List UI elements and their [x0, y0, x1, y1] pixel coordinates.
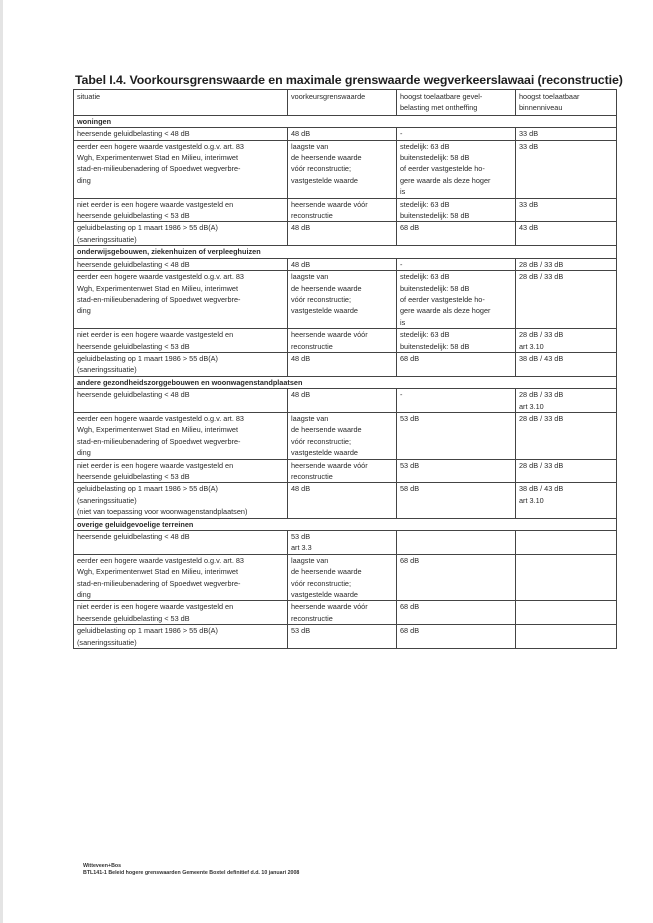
header-gevelbelasting: hoogst toelaatbare gevel-belasting met o…: [397, 90, 516, 116]
section-title: onderwijsgebouwen, ziekenhuizen of verpl…: [74, 246, 617, 258]
cell-line: of eerder vastgestelde ho-: [400, 294, 512, 305]
cell-voorkeursgrenswaarde: 48 dB: [288, 352, 397, 376]
section-header-row: woningen: [74, 115, 617, 127]
cell-line: reconstructie: [291, 613, 393, 624]
cell-voorkeursgrenswaarde: heersende waarde vóórreconstructie: [288, 601, 397, 625]
cell-gevelbelasting: stedelijk: 63 dBbuitenstedelijk: 58 dBof…: [397, 271, 516, 329]
cell-line: gere waarde als deze hoger: [400, 175, 512, 186]
cell-line: 68 dB: [400, 222, 512, 233]
cell-line: geluidbelasting op 1 maart 1986 > 55 dB(…: [77, 353, 284, 364]
cell-line: (saneringssituatie): [77, 234, 284, 245]
cell-voorkeursgrenswaarde: 48 dB: [288, 222, 397, 246]
cell-binnenniveau: 28 dB / 33 dB: [516, 271, 617, 329]
cell-gevelbelasting: 68 dB: [397, 222, 516, 246]
cell-line: buitenstedelijk: 58 dB: [400, 341, 512, 352]
cell-line: belasting met ontheffing: [400, 102, 512, 113]
cell-line: art 3.10: [519, 495, 613, 506]
cell-gevelbelasting: 53 dB: [397, 459, 516, 483]
cell-line: stad-en-milieubenadering of Spoedwet weg…: [77, 436, 284, 447]
cell-binnenniveau: 28 dB / 33 dBart 3.10: [516, 389, 617, 413]
cell-voorkeursgrenswaarde: 48 dB: [288, 258, 397, 270]
cell-gevelbelasting: -: [397, 128, 516, 140]
table-row: heersende geluidbelasting < 48 dB53 dBar…: [74, 531, 617, 555]
table-row: eerder een hogere waarde vastgesteld o.g…: [74, 140, 617, 198]
cell-line: reconstructie: [291, 341, 393, 352]
cell-line: 33 dB: [519, 128, 613, 139]
cell-line: stedelijk: 63 dB: [400, 271, 512, 282]
cell-line: heersende waarde vóór: [291, 199, 393, 210]
cell-line: heersende waarde vóór: [291, 601, 393, 612]
cell-line: heersende geluidbelasting < 48 dB: [77, 259, 284, 270]
cell-line: heersende geluidbelasting < 48 dB: [77, 389, 284, 400]
cell-line: eerder een hogere waarde vastgesteld o.g…: [77, 555, 284, 566]
cell-line: vastgestelde waarde: [291, 589, 393, 600]
cell-line: laagste van: [291, 141, 393, 152]
cell-line: voorkeursgrenswaarde: [291, 91, 393, 102]
table-body: woningenheersende geluidbelasting < 48 d…: [74, 115, 617, 648]
cell-line: 68 dB: [400, 625, 512, 636]
cell-line: de heersende waarde: [291, 424, 393, 435]
cell-voorkeursgrenswaarde: 53 dBart 3.3: [288, 531, 397, 555]
cell-line: (niet van toepassing voor woonwagenstand…: [77, 506, 284, 517]
cell-line: stad-en-milieubenadering of Spoedwet weg…: [77, 163, 284, 174]
cell-line: binnenniveau: [519, 102, 613, 113]
cell-line: vastgestelde waarde: [291, 305, 393, 316]
cell-line: 48 dB: [291, 353, 393, 364]
table-row: niet eerder is een hogere waarde vastges…: [74, 329, 617, 353]
cell-line: (saneringssituatie): [77, 364, 284, 375]
cell-line: laagste van: [291, 413, 393, 424]
cell-gevelbelasting: stedelijk: 63 dBbuitenstedelijk: 58 dBof…: [397, 140, 516, 198]
table-row: heersende geluidbelasting < 48 dB48 dB-3…: [74, 128, 617, 140]
cell-situatie: eerder een hogere waarde vastgesteld o.g…: [74, 140, 288, 198]
cell-binnenniveau: [516, 601, 617, 625]
cell-line: 28 dB / 33 dB: [519, 460, 613, 471]
cell-voorkeursgrenswaarde: laagste vande heersende waardevóór recon…: [288, 271, 397, 329]
cell-line: ding: [77, 305, 284, 316]
cell-line: 48 dB: [291, 483, 393, 494]
cell-line: laagste van: [291, 271, 393, 282]
cell-binnenniveau: 33 dB: [516, 140, 617, 198]
cell-binnenniveau: 33 dB: [516, 198, 617, 222]
cell-line: vastgestelde waarde: [291, 175, 393, 186]
cell-binnenniveau: 38 dB / 43 dBart 3.10: [516, 483, 617, 518]
table-row: niet eerder is een hogere waarde vastges…: [74, 198, 617, 222]
cell-situatie: geluidbelasting op 1 maart 1986 > 55 dB(…: [74, 222, 288, 246]
cell-line: art 3.10: [519, 341, 613, 352]
cell-line: niet eerder is een hogere waarde vastges…: [77, 460, 284, 471]
cell-line: art 3.10: [519, 401, 613, 412]
cell-voorkeursgrenswaarde: 48 dB: [288, 483, 397, 518]
cell-gevelbelasting: 68 dB: [397, 601, 516, 625]
cell-line: heersende geluidbelasting < 53 dB: [77, 341, 284, 352]
cell-line: 68 dB: [400, 555, 512, 566]
cell-line: heersende waarde vóór: [291, 329, 393, 340]
cell-situatie: geluidbelasting op 1 maart 1986 > 55 dB(…: [74, 483, 288, 518]
cell-line: stedelijk: 63 dB: [400, 199, 512, 210]
cell-voorkeursgrenswaarde: laagste vande heersende waardevóór recon…: [288, 412, 397, 459]
cell-situatie: niet eerder is een hogere waarde vastges…: [74, 459, 288, 483]
cell-line: of eerder vastgestelde ho-: [400, 163, 512, 174]
cell-line: geluidbelasting op 1 maart 1986 > 55 dB(…: [77, 625, 284, 636]
table-row: heersende geluidbelasting < 48 dB48 dB-2…: [74, 389, 617, 413]
cell-line: ding: [77, 175, 284, 186]
header-binnenniveau: hoogst toelaatbaarbinnenniveau: [516, 90, 617, 116]
footer-reference: BTL141-1 Beleid hogere grenswaarden Geme…: [83, 870, 299, 877]
section-title: overige geluidgevoelige terreinen: [74, 518, 617, 530]
cell-line: reconstructie: [291, 471, 393, 482]
cell-line: geluidbelasting op 1 maart 1986 > 55 dB(…: [77, 483, 284, 494]
cell-line: stedelijk: 63 dB: [400, 141, 512, 152]
cell-voorkeursgrenswaarde: heersende waarde vóórreconstructie: [288, 329, 397, 353]
cell-line: eerder een hogere waarde vastgesteld o.g…: [77, 271, 284, 282]
cell-line: de heersende waarde: [291, 566, 393, 577]
cell-line: vóór reconstructie;: [291, 436, 393, 447]
cell-line: is: [400, 317, 512, 328]
cell-line: laagste van: [291, 555, 393, 566]
cell-line: eerder een hogere waarde vastgesteld o.g…: [77, 413, 284, 424]
cell-line: stad-en-milieubenadering of Spoedwet weg…: [77, 294, 284, 305]
footer-company: Witteveen+Bos: [83, 863, 299, 870]
cell-gevelbelasting: stedelijk: 63 dBbuitenstedelijk: 58 dB: [397, 329, 516, 353]
table-row: eerder een hogere waarde vastgesteld o.g…: [74, 554, 617, 601]
cell-voorkeursgrenswaarde: laagste vande heersende waardevóór recon…: [288, 140, 397, 198]
header-situatie: situatie: [74, 90, 288, 116]
cell-situatie: eerder een hogere waarde vastgesteld o.g…: [74, 271, 288, 329]
cell-binnenniveau: 28 dB / 33 dB: [516, 412, 617, 459]
cell-line: hoogst toelaatbaar: [519, 91, 613, 102]
cell-line: situatie: [77, 91, 284, 102]
section-title: andere gezondheidszorggebouwen en woonwa…: [74, 376, 617, 388]
cell-line: 58 dB: [400, 483, 512, 494]
cell-line: 43 dB: [519, 222, 613, 233]
cell-line: is: [400, 186, 512, 197]
cell-line: gere waarde als deze hoger: [400, 305, 512, 316]
cell-line: ding: [77, 447, 284, 458]
cell-line: -: [400, 259, 512, 270]
cell-line: 48 dB: [291, 128, 393, 139]
section-header-row: andere gezondheidszorggebouwen en woonwa…: [74, 376, 617, 388]
cell-line: 48 dB: [291, 259, 393, 270]
cell-binnenniveau: [516, 554, 617, 601]
cell-situatie: niet eerder is een hogere waarde vastges…: [74, 329, 288, 353]
table-row: geluidbelasting op 1 maart 1986 > 55 dB(…: [74, 352, 617, 376]
cell-line: niet eerder is een hogere waarde vastges…: [77, 199, 284, 210]
cell-line: buitenstedelijk: 58 dB: [400, 210, 512, 221]
table-header-row: situatie voorkeursgrenswaarde hoogst toe…: [74, 90, 617, 116]
cell-line: de heersende waarde: [291, 283, 393, 294]
cell-line: 28 dB / 33 dB: [519, 413, 613, 424]
cell-line: heersende geluidbelasting < 53 dB: [77, 210, 284, 221]
cell-binnenniveau: 28 dB / 33 dB: [516, 258, 617, 270]
table-row: heersende geluidbelasting < 48 dB48 dB-2…: [74, 258, 617, 270]
cell-situatie: heersende geluidbelasting < 48 dB: [74, 531, 288, 555]
cell-binnenniveau: 28 dB / 33 dB: [516, 459, 617, 483]
cell-line: -: [400, 389, 512, 400]
cell-line: 38 dB / 43 dB: [519, 353, 613, 364]
cell-line: 48 dB: [291, 389, 393, 400]
cell-situatie: heersende geluidbelasting < 48 dB: [74, 128, 288, 140]
cell-voorkeursgrenswaarde: heersende waarde vóórreconstructie: [288, 198, 397, 222]
cell-gevelbelasting: stedelijk: 63 dBbuitenstedelijk: 58 dB: [397, 198, 516, 222]
cell-line: eerder een hogere waarde vastgesteld o.g…: [77, 141, 284, 152]
cell-situatie: eerder een hogere waarde vastgesteld o.g…: [74, 554, 288, 601]
cell-line: 33 dB: [519, 141, 613, 152]
cell-gevelbelasting: 68 dB: [397, 352, 516, 376]
table-row: eerder een hogere waarde vastgesteld o.g…: [74, 271, 617, 329]
table-row: geluidbelasting op 1 maart 1986 > 55 dB(…: [74, 483, 617, 518]
cell-situatie: heersende geluidbelasting < 48 dB: [74, 258, 288, 270]
section-title: woningen: [74, 115, 617, 127]
cell-line: vastgestelde waarde: [291, 447, 393, 458]
cell-voorkeursgrenswaarde: laagste vande heersende waardevóór recon…: [288, 554, 397, 601]
cell-voorkeursgrenswaarde: 48 dB: [288, 128, 397, 140]
cell-voorkeursgrenswaarde: 48 dB: [288, 389, 397, 413]
cell-gevelbelasting: [397, 531, 516, 555]
scan-page-edge: [0, 0, 3, 923]
cell-situatie: heersende geluidbelasting < 48 dB: [74, 389, 288, 413]
cell-line: 53 dB: [291, 625, 393, 636]
noise-limits-table: situatie voorkeursgrenswaarde hoogst toe…: [73, 89, 617, 649]
table-row: niet eerder is een hogere waarde vastges…: [74, 459, 617, 483]
cell-line: 38 dB / 43 dB: [519, 483, 613, 494]
cell-line: (saneringssituatie): [77, 637, 284, 648]
cell-voorkeursgrenswaarde: 53 dB: [288, 625, 397, 649]
cell-binnenniveau: 33 dB: [516, 128, 617, 140]
cell-line: 68 dB: [400, 601, 512, 612]
cell-gevelbelasting: 68 dB: [397, 554, 516, 601]
cell-line: buitenstedelijk: 58 dB: [400, 283, 512, 294]
cell-line: de heersende waarde: [291, 152, 393, 163]
cell-line: stedelijk: 63 dB: [400, 329, 512, 340]
cell-line: buitenstedelijk: 58 dB: [400, 152, 512, 163]
section-header-row: overige geluidgevoelige terreinen: [74, 518, 617, 530]
cell-gevelbelasting: -: [397, 389, 516, 413]
cell-line: 53 dB: [291, 531, 393, 542]
cell-binnenniveau: [516, 531, 617, 555]
cell-situatie: niet eerder is een hogere waarde vastges…: [74, 198, 288, 222]
cell-situatie: geluidbelasting op 1 maart 1986 > 55 dB(…: [74, 625, 288, 649]
cell-line: vóór reconstructie;: [291, 163, 393, 174]
table-row: geluidbelasting op 1 maart 1986 > 55 dB(…: [74, 222, 617, 246]
cell-line: vóór reconstructie;: [291, 578, 393, 589]
cell-binnenniveau: [516, 625, 617, 649]
cell-line: heersende geluidbelasting < 48 dB: [77, 531, 284, 542]
cell-line: vóór reconstructie;: [291, 294, 393, 305]
page-footer: Witteveen+Bos BTL141-1 Beleid hogere gre…: [83, 863, 299, 876]
cell-line: niet eerder is een hogere waarde vastges…: [77, 601, 284, 612]
cell-line: Wgh, Experimentenwet Stad en Milieu, int…: [77, 283, 284, 294]
table-row: geluidbelasting op 1 maart 1986 > 55 dB(…: [74, 625, 617, 649]
cell-line: 68 dB: [400, 353, 512, 364]
cell-gevelbelasting: 58 dB: [397, 483, 516, 518]
cell-line: heersende waarde vóór: [291, 460, 393, 471]
cell-line: reconstructie: [291, 210, 393, 221]
cell-line: 48 dB: [291, 222, 393, 233]
cell-line: heersende geluidbelasting < 53 dB: [77, 471, 284, 482]
cell-gevelbelasting: 68 dB: [397, 625, 516, 649]
cell-line: Wgh, Experimentenwet Stad en Milieu, int…: [77, 152, 284, 163]
cell-line: heersende geluidbelasting < 48 dB: [77, 128, 284, 139]
cell-line: geluidbelasting op 1 maart 1986 > 55 dB(…: [77, 222, 284, 233]
cell-voorkeursgrenswaarde: heersende waarde vóórreconstructie: [288, 459, 397, 483]
cell-line: art 3.3: [291, 542, 393, 553]
table-row: eerder een hogere waarde vastgesteld o.g…: [74, 412, 617, 459]
cell-situatie: niet eerder is een hogere waarde vastges…: [74, 601, 288, 625]
cell-line: ding: [77, 589, 284, 600]
cell-line: Wgh, Experimentenwet Stad en Milieu, int…: [77, 424, 284, 435]
header-voorkeursgrenswaarde: voorkeursgrenswaarde: [288, 90, 397, 116]
cell-line: 33 dB: [519, 199, 613, 210]
cell-line: 53 dB: [400, 460, 512, 471]
cell-line: stad-en-milieubenadering of Spoedwet weg…: [77, 578, 284, 589]
cell-line: -: [400, 128, 512, 139]
cell-situatie: geluidbelasting op 1 maart 1986 > 55 dB(…: [74, 352, 288, 376]
table-row: niet eerder is een hogere waarde vastges…: [74, 601, 617, 625]
cell-gevelbelasting: -: [397, 258, 516, 270]
cell-line: Wgh, Experimentenwet Stad en Milieu, int…: [77, 566, 284, 577]
cell-line: 28 dB / 33 dB: [519, 329, 613, 340]
cell-line: 28 dB / 33 dB: [519, 271, 613, 282]
cell-line: heersende geluidbelasting < 53 dB: [77, 613, 284, 624]
cell-binnenniveau: 28 dB / 33 dBart 3.10: [516, 329, 617, 353]
cell-line: 28 dB / 33 dB: [519, 389, 613, 400]
cell-gevelbelasting: 53 dB: [397, 412, 516, 459]
cell-situatie: eerder een hogere waarde vastgesteld o.g…: [74, 412, 288, 459]
cell-binnenniveau: 43 dB: [516, 222, 617, 246]
table-title: Tabel I.4. Voorkoursgrenswaarde en maxim…: [75, 73, 623, 87]
cell-line: 28 dB / 33 dB: [519, 259, 613, 270]
cell-line: 53 dB: [400, 413, 512, 424]
cell-line: niet eerder is een hogere waarde vastges…: [77, 329, 284, 340]
section-header-row: onderwijsgebouwen, ziekenhuizen of verpl…: [74, 246, 617, 258]
cell-line: hoogst toelaatbare gevel-: [400, 91, 512, 102]
cell-binnenniveau: 38 dB / 43 dB: [516, 352, 617, 376]
cell-line: (saneringssituatie): [77, 495, 284, 506]
